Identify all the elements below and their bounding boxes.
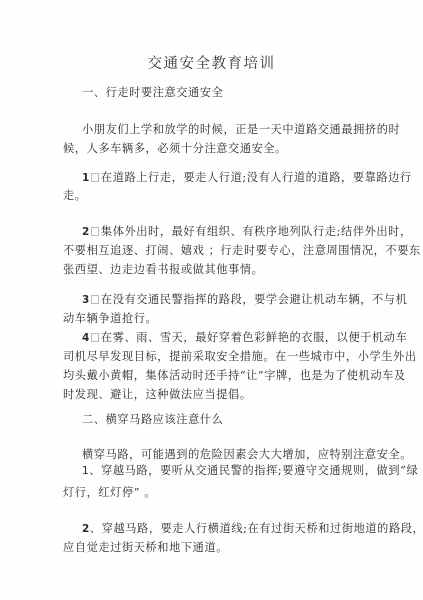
document-page: 交通安全教育培训 一、行走时要注意交通安全 小朋友们上学和放学的时候，正是一天中… (0, 0, 423, 600)
paragraph-line: 不要相互追逐、打闹、嬉戏 ；行走时要专心，注意周围情况，不要东 (63, 244, 421, 258)
paragraph-line: 应自觉走过街天桥和地下通道。 (63, 541, 228, 555)
item-number: 3 (82, 294, 90, 306)
missing-glyph-box (91, 333, 99, 342)
list-item-1: 1、穿越马路，要听从交通民警的指挥;要遵守交通规则，做到“绿 (82, 464, 418, 478)
section-heading-1: 一、行走时要注意交通安全 (82, 86, 223, 100)
section-heading-2: 二、横穿马路应该注意什么 (82, 413, 223, 427)
missing-glyph-box (91, 173, 99, 182)
list-item-4: 4在雾、雨、雪天，最好穿着色彩鲜艳的衣服，以便于机动车 (82, 331, 407, 345)
paragraph-line: 张西望、边走边看书报或做其他事情。 (63, 263, 263, 277)
item-number: 1 (82, 172, 90, 184)
missing-glyph-box (91, 227, 99, 236)
item-number: 4 (82, 332, 90, 344)
list-item-2: 2、穿越马路，要走人行横道线;在有过街天桥和过街地道的路段， (82, 522, 423, 536)
missing-glyph-box (91, 295, 99, 304)
paragraph-line: 横穿马路，可能遇到的危险因素会大大增加，应特别注意安全。 (82, 448, 412, 462)
item-number: 2 (82, 523, 90, 535)
paragraph-line: 走。 (63, 189, 87, 203)
list-item-2: 2集体外出时，最好有组织、有秩序地列队行走;结伴外出时， (82, 225, 412, 239)
paragraph-line: 灯行，红灯停” 。 (63, 486, 156, 500)
list-item-3: 3在没有交通民警指挥的路段，要学会避让机动车辆，不与机 (82, 293, 407, 307)
paragraph-line: 动车辆争道抢行。 (63, 312, 157, 326)
paragraph-line: 候，人多车辆多，必须十分注意交通安全。 (63, 142, 287, 156)
paragraph-line: 小朋友们上学和放学的时候，正是一天中道路交通最拥挤的时 (82, 123, 400, 137)
item-number: 2 (82, 226, 90, 238)
paragraph-line: 均头戴小黄帽，集体活动时还手持“让”字牌，也是为了使机动车及 (63, 369, 406, 383)
paragraph-line: 司机尽早发现目标，提前采取安全措施。在一些城市中，小学生外出 (63, 350, 417, 364)
list-item-1: 1在道路上行走，要走人行道;没有人行道的道路，要靠路边行 (82, 171, 412, 185)
document-title: 交通安全教育培训 (0, 52, 423, 73)
paragraph-line: 时发现、避让，这种做法应当提倡。 (63, 388, 252, 402)
